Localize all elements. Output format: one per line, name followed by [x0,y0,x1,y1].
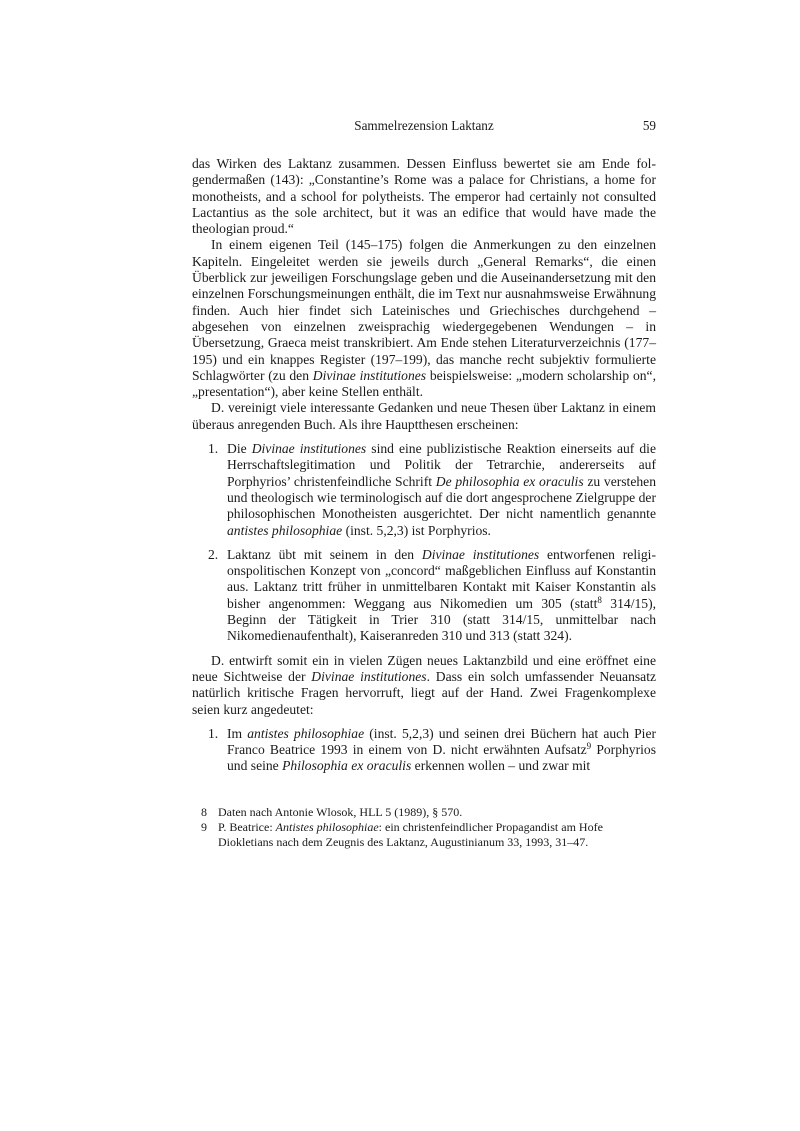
footnote-number: 9 [201,820,207,835]
title-emphasis: Divinae institutiones [313,368,426,383]
body-text: das Wirken des Laktanz zusammen. Dessen … [192,156,656,783]
paragraph-4: D. entwirft somit ein in vielen Zügen ne… [192,653,656,718]
question-list: 1. Im antistes philosophiae (inst. 5,2,3… [192,726,656,775]
footnotes: 8 Daten nach Antonie Wlosok, HLL 5 (1989… [192,805,656,850]
list-item: 2. Laktanz übt mit seinem in den Divinae… [192,547,656,645]
thesis-list: 1. Die Divinae institutiones sind eine p… [192,441,656,645]
footnote-number: 8 [201,805,207,820]
running-header: Sammelrezension Laktanz 59 [192,118,656,136]
page-number: 59 [643,118,656,134]
paragraph-3: D. vereinigt viele interessante Gedanken… [192,400,656,433]
footnote-8: 8 Daten nach Antonie Wlosok, HLL 5 (1989… [192,805,656,820]
list-number: 2. [208,547,218,563]
paragraph-2: In einem eigenen Teil (145–175) folgen d… [192,237,656,400]
list-number: 1. [208,441,218,457]
footnote-9: 9 P. Beatrice: Antistes philosophiae: ei… [192,820,656,850]
running-title: Sammelrezension Laktanz [192,118,656,134]
paragraph-1: das Wirken des Laktanz zusammen. Dessen … [192,156,656,237]
list-number: 1. [208,726,218,742]
list-item: 1. Im antistes philosophiae (inst. 5,2,3… [192,726,656,775]
list-item: 1. Die Divinae institutiones sind eine p… [192,441,656,539]
